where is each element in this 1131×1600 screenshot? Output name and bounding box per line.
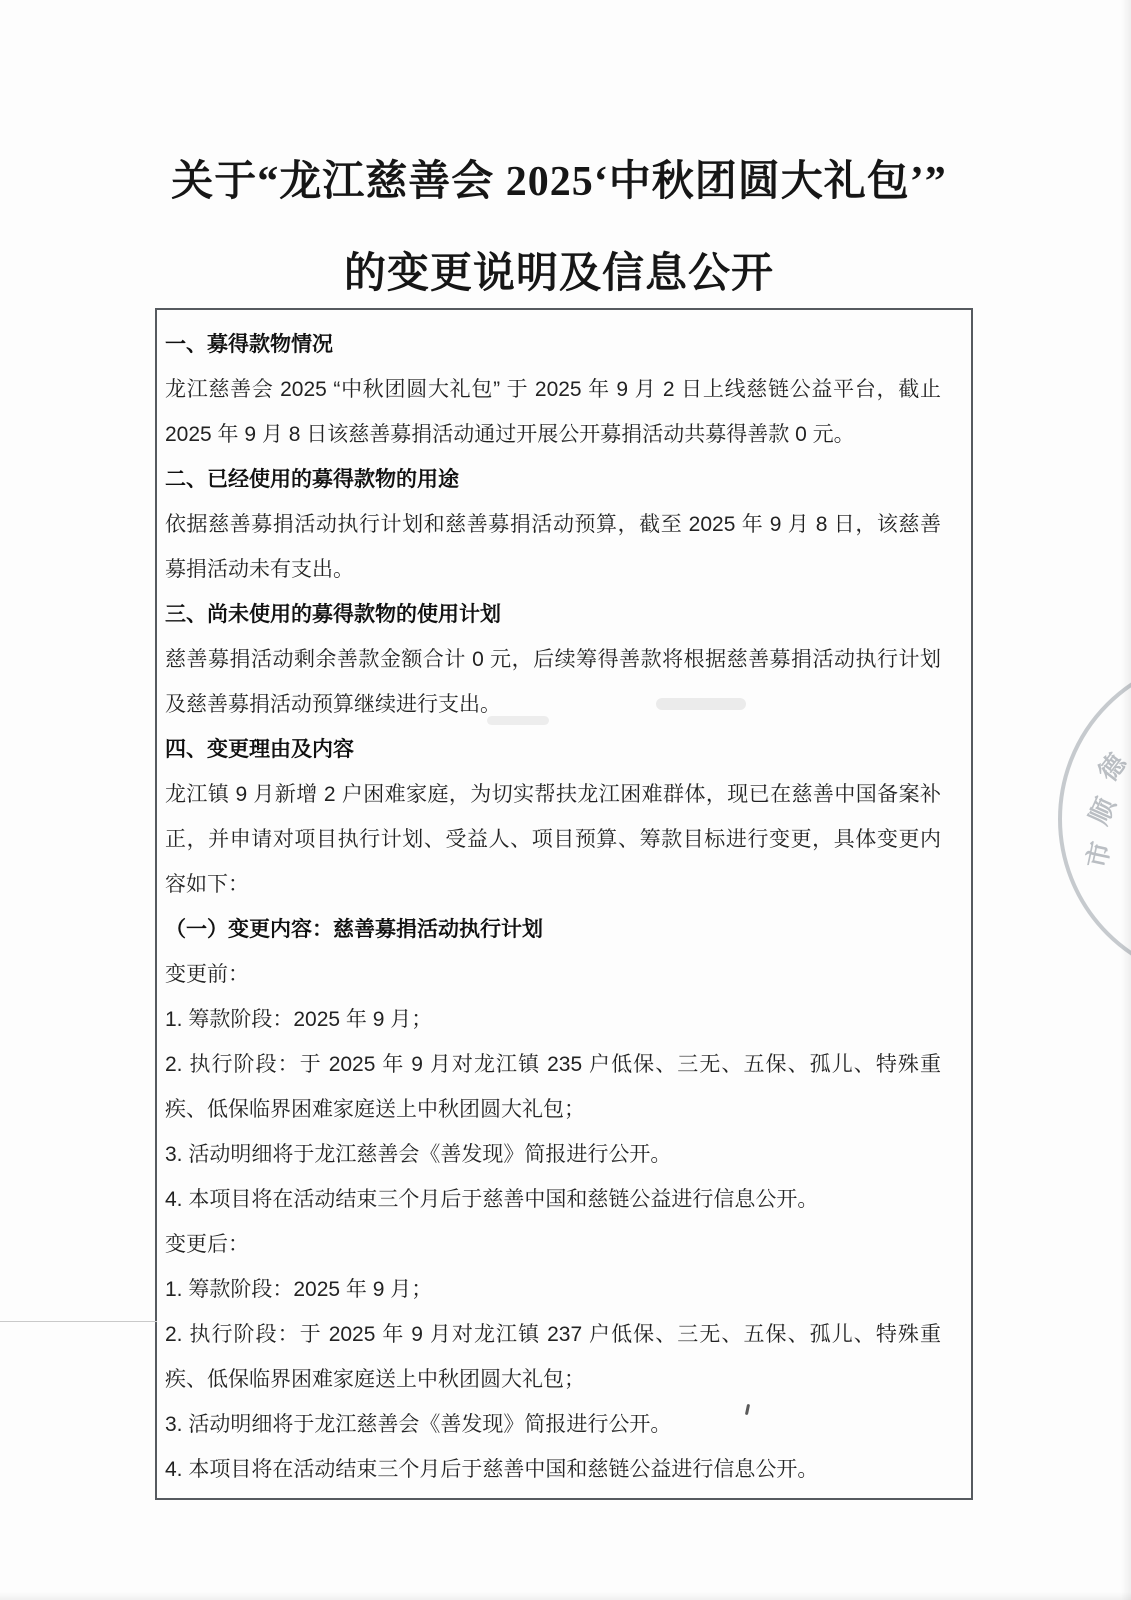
change-after-item-2: 2. 执行阶段：于 2025 年 9 月对龙江镇 237 户低保、三无、五保、孤…: [165, 1312, 941, 1402]
section-4-body: 龙江镇 9 月新增 2 户困难家庭，为切实帮扶龙江困难群体，现已在慈善中国备案补…: [165, 772, 941, 907]
change-after-item-3: 3. 活动明细将于龙江慈善会《善发现》简报进行公开。: [165, 1402, 941, 1447]
document-title-line1: 关于“龙江慈善会 2025‘中秋团圆大礼包’”: [0, 148, 1118, 208]
section-1-body: 龙江慈善会 2025 “中秋团圆大礼包” 于 2025 年 9 月 2 日上线慈…: [165, 367, 941, 457]
change-before-label: 变更前：: [165, 952, 941, 997]
section-3-body: 慈善募捐活动剩余善款金额合计 0 元，后续筹得善款将根据慈善募捐活动执行计划及慈…: [165, 637, 941, 727]
change-after-item-4: 4. 本项目将在活动结束三个月后于慈善中国和慈链公益进行信息公开。: [165, 1447, 941, 1492]
document-title-line2: 的变更说明及信息公开: [0, 240, 1118, 300]
page-edge-shading: [0, 1592, 1131, 1600]
change-before-item-2: 2. 执行阶段：于 2025 年 9 月对龙江镇 235 户低保、三无、五保、孤…: [165, 1042, 941, 1132]
change-before-item-1: 1. 筹款阶段：2025 年 9 月；: [165, 997, 941, 1042]
scanned-document-page: 关于“龙江慈善会 2025‘中秋团圆大礼包’” 的变更说明及信息公开 一、募得款…: [0, 0, 1131, 1600]
change-before-item-3: 3. 活动明细将于龙江慈善会《善发现》简报进行公开。: [165, 1132, 941, 1177]
section-3-heading: 三、尚未使用的募得款物的使用计划: [165, 592, 941, 637]
section-1-heading: 一、募得款物情况: [165, 322, 941, 367]
change-before-item-4: 4. 本项目将在活动结束三个月后于慈善中国和慈链公益进行信息公开。: [165, 1177, 941, 1222]
content-box: 一、募得款物情况 龙江慈善会 2025 “中秋团圆大礼包” 于 2025 年 9…: [155, 308, 973, 1500]
change-detail-heading: （一）变更内容：慈善募捐活动执行计划: [165, 907, 941, 952]
section-2-heading: 二、已经使用的募得款物的用途: [165, 457, 941, 502]
section-2-body: 依据慈善募捐活动执行计划和慈善募捐活动预算，截至 2025 年 9 月 8 日，…: [165, 502, 941, 592]
change-after-label: 变更后：: [165, 1222, 941, 1267]
section-4-heading: 四、变更理由及内容: [165, 727, 941, 772]
scan-smudge: [656, 698, 746, 710]
change-after-item-1: 1. 筹款阶段：2025 年 9 月；: [165, 1267, 941, 1312]
scan-artifact-line: [0, 1321, 157, 1322]
scan-smudge: [487, 716, 549, 725]
page-edge-shading: [1121, 0, 1131, 1600]
